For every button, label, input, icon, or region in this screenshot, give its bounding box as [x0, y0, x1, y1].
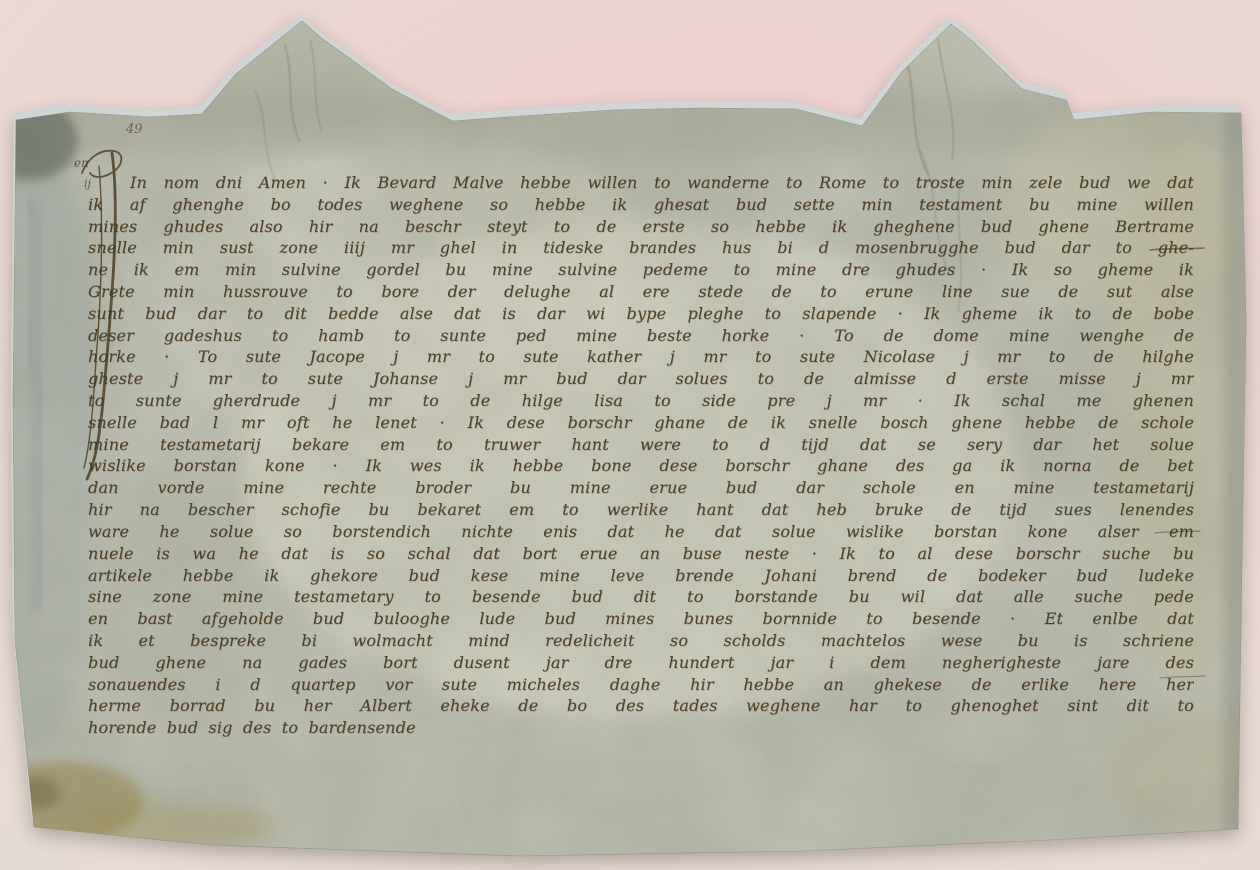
marginal-note-en: en — [74, 156, 89, 170]
text-line-21: en bast afgeholde bud bulooghe lude bud … — [88, 608, 1194, 630]
text-line-7: sunt bud dar to dit bedde alse dat is da… — [88, 303, 1194, 325]
text-line-23: bud ghene na gades bort dusent jar dre h… — [88, 652, 1194, 674]
text-line-22: ik et bespreke bi wolmacht mind redelich… — [88, 630, 1194, 652]
text-line-19: artikele hebbe ik ghekore bud kese mine … — [88, 565, 1194, 587]
text-line-25: herme borrad bu her Albert eheke de bo d… — [88, 695, 1194, 717]
text-line-3: mines ghudes also hir na beschr steyt to… — [88, 216, 1194, 238]
text-line-16: hir na bescher schofie bu bekaret em to … — [88, 499, 1194, 521]
text-line-9: horke · To sute Jacope j mr to sute kath… — [88, 346, 1194, 368]
text-line-4: snelle min sust zone iiij mr ghel in tid… — [88, 237, 1194, 259]
text-line-17: ware he solue so borstendich nichte enis… — [88, 521, 1194, 543]
text-line-18: nuele is wa he dat is so schal dat bort … — [88, 543, 1194, 565]
text-line-15: dan vorde mine rechte broder bu mine eru… — [88, 477, 1194, 499]
text-line-1: In nom dni Amen · Ik Bevard Malve hebbe … — [130, 172, 1194, 194]
text-line-26: horende bud sig des to bardensende — [88, 717, 1194, 739]
text-line-6: Grete min hussrouve to bore der delughe … — [88, 281, 1194, 303]
text-line-5: ne ik em min sulvine gordel bu mine sulv… — [88, 259, 1194, 281]
text-line-2: ik af ghenghe bo todes weghene so hebbe … — [88, 194, 1194, 216]
photo-mat: en ij 49 In nom dni Amen · Ik Bevard Mal… — [0, 0, 1260, 870]
text-line-14: wislike borstan kone · Ik wes ik hebbe b… — [88, 455, 1194, 477]
text-line-13: mine testametarij bekare em to truwer ha… — [88, 434, 1194, 456]
text-line-24: sonauendes i d quartep vor sute micheles… — [88, 674, 1194, 696]
text-line-10: gheste j mr to sute Johanse j mr bud dar… — [88, 368, 1194, 390]
text-line-8: deser gadeshus to hamb to sunte ped mine… — [88, 325, 1194, 347]
text-line-12: snelle bad l mr oft he lenet · Ik dese b… — [88, 412, 1194, 434]
text-line-20: sine zone mine testametary to besende bu… — [88, 586, 1194, 608]
manuscript-text: In nom dni Amen · Ik Bevard Malve hebbe … — [88, 0, 1194, 870]
text-line-11: to sunte gherdrude j mr to de hilge lisa… — [88, 390, 1194, 412]
